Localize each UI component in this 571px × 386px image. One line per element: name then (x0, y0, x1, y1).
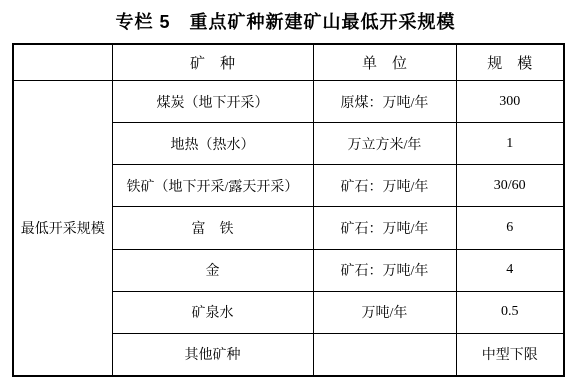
cell-unit: 万吨/年 (313, 291, 456, 333)
cell-mineral: 煤炭（地下开采） (112, 81, 313, 123)
header-mineral: 矿 种 (112, 44, 313, 81)
cell-unit: 原煤：万吨/年 (313, 81, 456, 123)
table-header-row: 矿 种 单 位 规 模 (13, 44, 564, 81)
header-unit: 单 位 (313, 44, 456, 81)
cell-scale: 0.5 (456, 291, 564, 333)
document-page: 专栏 5 重点矿种新建矿山最低开采规模 矿 种 单 位 规 模 最低开采规模 煤… (0, 0, 571, 386)
cell-unit: 矿石：万吨/年 (313, 207, 456, 249)
page-title: 专栏 5 重点矿种新建矿山最低开采规模 (0, 8, 571, 34)
cell-unit: 矿石：万吨/年 (313, 165, 456, 207)
cell-mineral: 铁矿（地下开采/露天开采） (112, 165, 313, 207)
cell-mineral: 地热（热水） (112, 123, 313, 165)
table-row: 最低开采规模 煤炭（地下开采） 原煤：万吨/年 300 (13, 81, 564, 123)
header-scale: 规 模 (456, 44, 564, 81)
header-empty-cell (13, 44, 112, 81)
cell-scale: 中型下限 (456, 333, 564, 376)
cell-scale: 300 (456, 81, 564, 123)
cell-unit: 万立方米/年 (313, 123, 456, 165)
cell-mineral: 其他矿种 (112, 333, 313, 376)
cell-scale: 6 (456, 207, 564, 249)
cell-unit: 矿石：万吨/年 (313, 249, 456, 291)
cell-scale: 4 (456, 249, 564, 291)
row-group-header: 最低开采规模 (13, 81, 112, 377)
cell-mineral: 金 (112, 249, 313, 291)
mineral-scale-table: 矿 种 单 位 规 模 最低开采规模 煤炭（地下开采） 原煤：万吨/年 300 … (12, 43, 565, 377)
cell-unit (313, 333, 456, 376)
cell-scale: 30/60 (456, 165, 564, 207)
cell-mineral: 富 铁 (112, 207, 313, 249)
cell-scale: 1 (456, 123, 564, 165)
cell-mineral: 矿泉水 (112, 291, 313, 333)
